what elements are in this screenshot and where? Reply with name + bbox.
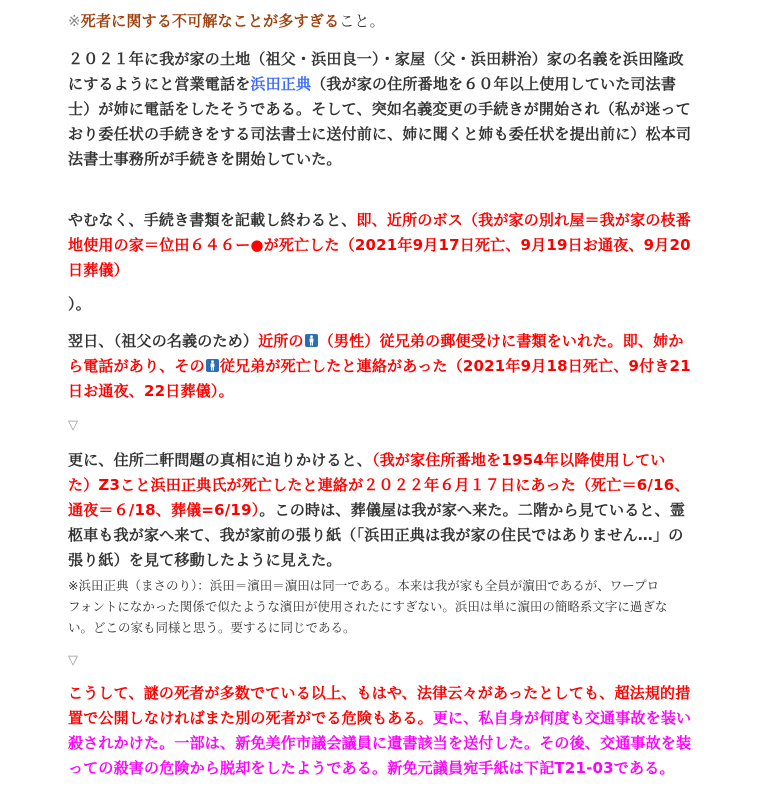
para4-line: 翌日、（祖父の名義のため）近所の（男性）従兄弟の郵便受けに書類をいれた。即、姉か <box>68 329 748 354</box>
paragraph-conclusion: こうして、謎の死者が多数でている以上、もはや、法律云々があったとしても、超法規的… <box>68 681 748 781</box>
para1-line: おり委任状の手続きをする司法書士に送付前に、姉に聞くと姉も委任状を提出前に）松本… <box>68 122 748 147</box>
para5-line: 通夜＝６/18、葬儀=6/19）。この時は、葬儀屋は我が家へ来た。二階から見てい… <box>68 498 748 523</box>
para2-red-text: 即、近所のボス（我が家の別れ屋＝我が家の枝番 <box>357 211 691 229</box>
para5-intro: 更に、住所二軒問題の真相に迫りかけると、 <box>68 451 372 469</box>
para5-line: 更に、住所二軒問題の真相に迫りかけると、（我が家住所番地を1954年以降使用して… <box>68 448 748 473</box>
para4-red-text: ら電話があり、その <box>68 357 205 375</box>
para2-line: やむなく、手続き書類を記載し終わると、即、近所のボス（我が家の別れ屋＝我が家の枝… <box>68 208 748 233</box>
paragraph-name-change: ２０２１年に我が家の土地（祖父・浜田良一）・家屋（父・浜田耕治）家の名義を浜田隆… <box>68 47 748 172</box>
para5-red-text: 通夜＝６/18、葬儀=6/19） <box>68 501 259 519</box>
para4-red-text: （男性）従兄弟の郵便受けに書類をいれた。即、姉か <box>319 332 684 350</box>
para6-magenta-text: 更に、私自身が何度も交通事故を装い <box>433 709 691 727</box>
heading-tail: こと。 <box>339 12 385 30</box>
para1-line: ２０２１年に我が家の土地（祖父・浜田良一）・家屋（父・浜田耕治）家の名義を浜田隆… <box>68 47 748 72</box>
para5-text: 柩車も我が家へ来て、我が家前の張り紙（「浜田正典は我が家の住民ではありません…」… <box>68 523 748 548</box>
para6-magenta-text: っての殺害の危険から脱却をしたようである。新免元議員宛手紙は下記T21-03であ… <box>68 756 748 781</box>
person-icon <box>206 359 219 372</box>
para5-red-text: （我が家住所番地を1954年以降使用してい <box>372 451 665 469</box>
hamada-masanori-link[interactable]: 浜田正典 <box>250 75 311 93</box>
paragraph-close-paren: ）。 <box>68 292 748 317</box>
para1-text: （我が家の住所番地を６０年以上使用していた司法書 <box>311 75 676 93</box>
para5-red-text: た）Z3こと浜田正典氏が死亡したと連絡が２０２２年６月１７日にあった（死亡＝6/… <box>68 473 748 498</box>
para5-text: 。この時は、葬儀屋は我が家へ来た。二階から見ていると、霊 <box>259 501 685 519</box>
paragraph-boss-death: やむなく、手続き書類を記載し終わると、即、近所のボス（我が家の別れ屋＝我が家の枝… <box>68 208 748 283</box>
para6-red-text: こうして、謎の死者が多数でている以上、もはや、法律云々があったとしても、超法規的… <box>68 681 748 706</box>
paragraph-cousin-death: 翌日、（祖父の名義のため）近所の（男性）従兄弟の郵便受けに書類をいれた。即、姉か… <box>68 329 748 404</box>
section-heading: ※死者に関する不可解なことが多すぎること。 <box>68 9 748 34</box>
para4-red-text: 従兄弟が死亡したと連絡があった（2021年9月18日死亡、9付き21 <box>220 357 691 375</box>
person-icon <box>305 334 318 347</box>
para5-text: 張り紙）を見て移動したように見えた。 <box>68 548 748 573</box>
para4-red-text: 近所の <box>258 332 304 350</box>
para6-red-text: 置で公開しなければまた別の死者がでる危険もある。 <box>68 709 433 727</box>
para6-line: 置で公開しなければまた別の死者がでる危険もある。更に、私自身が何度も交通事故を装… <box>68 706 748 731</box>
para4-line: ら電話があり、その従兄弟が死亡したと連絡があった（2021年9月18日死亡、9付… <box>68 354 748 379</box>
para1-line: 士）が姉に電話をしたそうである。そして、突如名義変更の手続きが開始され（私が迷っ… <box>68 97 748 122</box>
triangle-divider-icon: ▽ <box>68 648 748 673</box>
triangle-divider-icon: ▽ <box>68 413 748 438</box>
note-line: い。どこの家も同様と思う。要するに同じである。 <box>68 617 748 638</box>
para1-line: にするようにと営業電話を浜田正典（我が家の住所番地を６０年以上使用していた司法書 <box>68 72 748 97</box>
heading-marker: ※ <box>68 12 81 30</box>
para6-magenta-text: 殺されかけた。一部は、新免美作市議会議員に遺書該当を送付した。その後、交通事故を… <box>68 731 748 756</box>
para2-red-text: 日葬儀） <box>68 258 748 283</box>
para2-intro: やむなく、手続き書類を記載し終わると、 <box>68 211 357 229</box>
para1-line: 法書士事務所が手続きを開始していた。 <box>68 147 748 172</box>
note-hamada-name: ※浜田正典（まさのり）：浜田＝濱田＝濵田は同一である。本来は我が家も全員が濵田で… <box>68 575 748 638</box>
note-line: フォントになかった関係で似たような濱田が使用されたにすぎない。浜田は単に濵田の簡… <box>68 596 748 617</box>
para2-red-text: 地使用の家＝位田６４６ー●が死亡した（2021年9月17日死亡、9月19日お通夜… <box>68 233 748 258</box>
para1-text: にするようにと営業電話を <box>68 75 250 93</box>
note-line: ※浜田正典（まさのり）：浜田＝濱田＝濵田は同一である。本来は我が家も全員が濵田で… <box>68 575 748 596</box>
paragraph-address-problem: 更に、住所二軒問題の真相に迫りかけると、（我が家住所番地を1954年以降使用して… <box>68 448 748 573</box>
para4-red-text: 日お通夜、22日葬儀）。 <box>68 379 748 404</box>
heading-emphasis: 死者に関する不可解なことが多すぎる <box>81 12 339 30</box>
para4-intro: 翌日、（祖父の名義のため） <box>68 332 258 350</box>
